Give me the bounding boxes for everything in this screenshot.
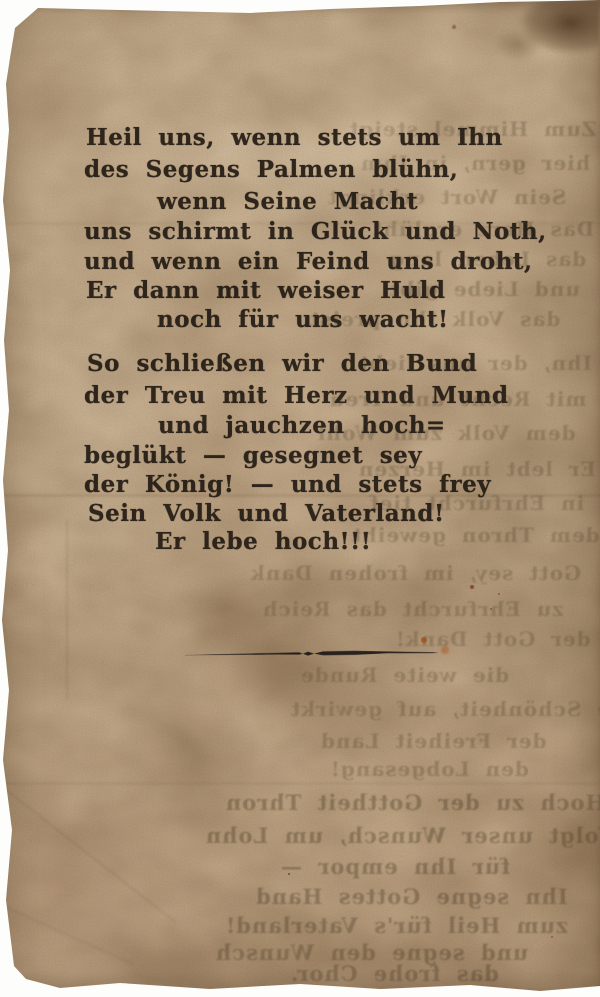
poem-line: Sein Volk und Vaterland! [88,502,445,526]
poem-line: Heil uns, wenn stets um Ihn [86,126,503,150]
poem-line: Er dann mit weiser Huld [86,279,445,303]
fold-crease [0,780,177,924]
bleedthrough-line: Hoch zu der Gottheit Thron [225,792,600,814]
fold-crease [0,898,134,966]
bleedthrough-line: folgt unser Wunsch, um Lohn [205,825,600,847]
bleedthrough-line: der Freiheit Land [320,730,547,752]
paper-sheet: Zum Himmel steigt hier gern, in Ihm Sein… [0,0,600,997]
divider-rule [183,648,441,660]
bleedthrough-line: und segne den Wunsch [215,942,528,964]
poem-line: wenn Seine Macht [157,190,418,214]
fox-spots [470,585,474,589]
poem-line: uns schirmt in Glück und Noth, [84,220,547,244]
bleedthrough-line: für Ihn empor — [280,856,510,878]
bleedthrough-line: zum Heil für's Vaterland! [225,915,568,937]
corner-stain [482,0,600,80]
fold-crease [0,782,600,785]
bleedthrough-line: das frohe Chor. [290,963,499,985]
poem-line: Er lebe hoch!!! [155,530,371,554]
poem-line: und wenn ein Feind uns droht, [84,250,533,274]
bleedthrough-line: Ihn segne Gottes Hand [255,886,568,908]
fold-crease [66,520,68,700]
poem-line: der König! — und stets frey [84,473,491,497]
scanned-document-page: Zum Himmel steigt hier gern, in Ihm Sein… [0,0,600,997]
bleedthrough-line: der Gott Dank! [395,628,591,650]
poem-line: und jauchzen hoch= [158,414,446,438]
bleedthrough-line: die Schönheit, auf gewirkt [290,698,600,720]
bleedthrough-line: den Lobgesang! [330,758,529,780]
bleedthrough-line: die weite Runde [300,664,509,686]
poem-line: des Segens Palmen blühn, [84,158,458,182]
bleedthrough-line: zu Ehrfurcht das Reich [262,598,564,620]
bleedthrough-line: Gott sey, im frohen Dank [250,562,581,584]
bleedthrough-line: dem Thron geweiht [351,524,600,546]
poem-line: beglükt — gesegnet sey [84,444,422,468]
poem-line: noch für uns wacht! [157,308,449,332]
poem-line: So schließen wir den Bund [87,352,477,376]
poem-line: der Treu mit Herz und Mund [84,384,509,408]
